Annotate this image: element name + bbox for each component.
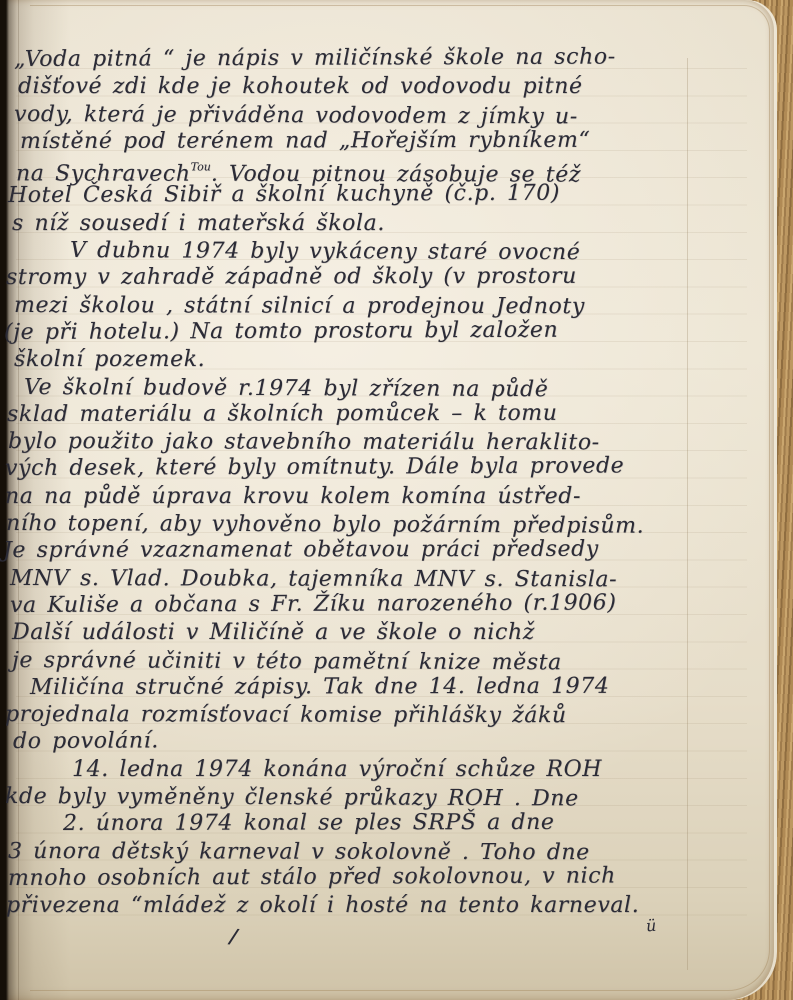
manuscript-line: „Voda pitná “ je nápis v miličínské škol… <box>14 43 770 73</box>
manuscript-line: s níž sousedí i mateřská škola. <box>12 210 770 237</box>
manuscript-line: dišťové zdi kde je kohoutek od vodovodu … <box>18 73 770 100</box>
manuscript-line: do povolání. <box>13 725 770 755</box>
manuscript-line: vých desek, které byly omítnuty. Dále by… <box>5 452 770 483</box>
chronicle-page: „Voda pitná “ je nápis v miličínské škol… <box>0 0 777 1000</box>
manuscript-line: místěné pod terénem nad „Hořejším rybník… <box>20 126 770 155</box>
manuscript-line: va Kuliše a občana s Fr. Žíku narozeného… <box>10 589 770 619</box>
manuscript-line: mnoho osobních aut stálo před sokolovnou… <box>8 862 770 892</box>
inserted-superscript: Tou <box>191 161 211 174</box>
ink-stroke-mark: ∕ <box>229 924 239 949</box>
manuscript-line: na na půdě úprava krovu kolem komína úst… <box>5 483 770 510</box>
manuscript-line: Je správné vzaznamenat obětavou práci př… <box>3 536 770 565</box>
manuscript-line: sklad materiálu a školních pomůcek – k t… <box>7 399 770 428</box>
manuscript-line: Hotel Česká Sibiř a školní kuchyně (č.p.… <box>8 179 770 209</box>
manuscript-line: 2. února 1974 konal se ples SRPŠ a dne <box>63 809 770 838</box>
manuscript-line: Miličína stručné zápisy. Tak dne 14. led… <box>30 672 770 701</box>
manuscript-line: (je při hotelu.) Na tomto prostoru byl z… <box>4 316 770 347</box>
manuscript-text: „Voda pitná “ je nápis v miličínské škol… <box>22 46 770 920</box>
ink-flourish-mark: ü <box>645 916 657 936</box>
manuscript-line: 14. ledna 1974 konána výroční schůze ROH <box>72 756 770 783</box>
manuscript-line: školní pozemek. <box>14 346 770 373</box>
manuscript-line: stromy v zahradě západně od školy (v pro… <box>6 263 770 292</box>
manuscript-line: Další události v Miličíně a ve škole o n… <box>12 619 770 646</box>
